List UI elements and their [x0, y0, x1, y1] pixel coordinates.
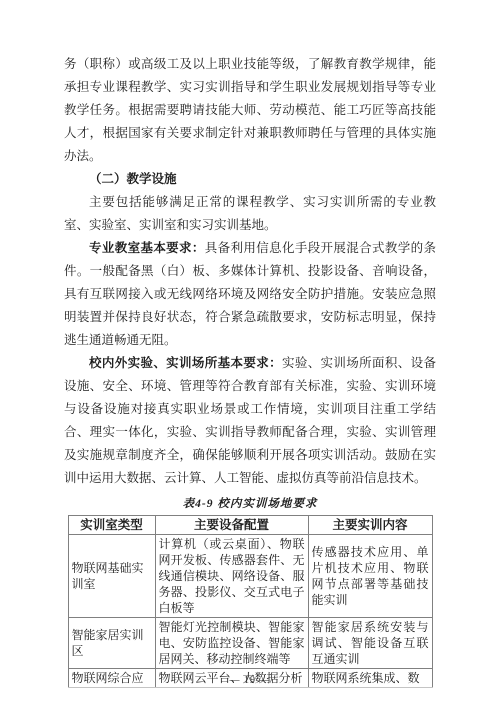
- cell-equipment: 智能灯光控制模块、智能家电、安防监控设备、智能家居网关、移动控制终端等: [155, 618, 308, 669]
- page-number-footer: — 19 —: [0, 675, 500, 686]
- table-row-iot-basic: 物联网基础实训室 计算机（或云桌面）、物联网开发板、传感器套件、无线通信模块、网…: [68, 535, 432, 618]
- cell-room-type: 智能家居实训区: [68, 618, 155, 669]
- training-site-requirements-text: 实验、实训场所面积、设备设施、安全、环境、管理等符合教育部有关标准，实验、实训环…: [64, 356, 436, 485]
- paragraph-continuation: 务（职称）或高级工及以上职业技能等级，了解教育教学规律，能承担专业课程教学、实习…: [64, 53, 436, 168]
- table-caption: 表4-9 校内实训场地要求: [64, 497, 436, 511]
- header-room-type: 实训室类型: [68, 516, 155, 535]
- classroom-requirements-text: 具备利用信息化手段开展混合式教学的条件。一般配备黑（白）板、多媒体计算机、投影设…: [64, 241, 436, 347]
- document-page: 务（职称）或高级工及以上职业技能等级，了解教育教学规律，能承担专业课程教学、实习…: [0, 0, 500, 707]
- header-equipment: 主要设备配置: [155, 516, 308, 535]
- cell-training-content: 传感器技术应用、单片机技术应用、物联网节点部署等基础技能实训: [308, 535, 432, 618]
- paragraph-training-site-requirements: 校内外实验、实训场所基本要求：实验、实训场所面积、设备设施、安全、环境、管理等符…: [64, 352, 436, 490]
- section-heading: （二）教学设施: [64, 168, 436, 191]
- table-header-row: 实训室类型 主要设备配置 主要实训内容: [68, 516, 432, 535]
- cell-room-type: 物联网基础实训室: [68, 535, 155, 618]
- training-site-requirements-lead: 校内外实验、实训场所基本要求：: [89, 356, 282, 370]
- table-row-smart-home: 智能家居实训区 智能灯光控制模块、智能家电、安防监控设备、智能家居网关、移动控制…: [68, 618, 432, 669]
- classroom-requirements-lead: 专业教室基本要求：: [89, 241, 205, 255]
- cell-training-content: 智能家居系统安装与调试、智能设备互联互通实训: [308, 618, 432, 669]
- cell-equipment: 计算机（或云桌面）、物联网开发板、传感器套件、无线通信模块、网络设备、服务器、投…: [155, 535, 308, 618]
- paragraph-intro: 主要包括能够满足正常的课程教学、实习实训所需的专业教室、实验室、实训室和实习实训…: [64, 191, 436, 237]
- page-content: 务（职称）或高级工及以上职业技能等级，了解教育教学规律，能承担专业课程教学、实习…: [64, 53, 436, 688]
- header-training-content: 主要实训内容: [308, 516, 432, 535]
- paragraph-classroom-requirements: 专业教室基本要求：具备利用信息化手段开展混合式教学的条件。一般配备黑（白）板、多…: [64, 237, 436, 352]
- training-site-table: 实训室类型 主要设备配置 主要实训内容 物联网基础实训室 计算机（或云桌面）、物…: [68, 515, 433, 688]
